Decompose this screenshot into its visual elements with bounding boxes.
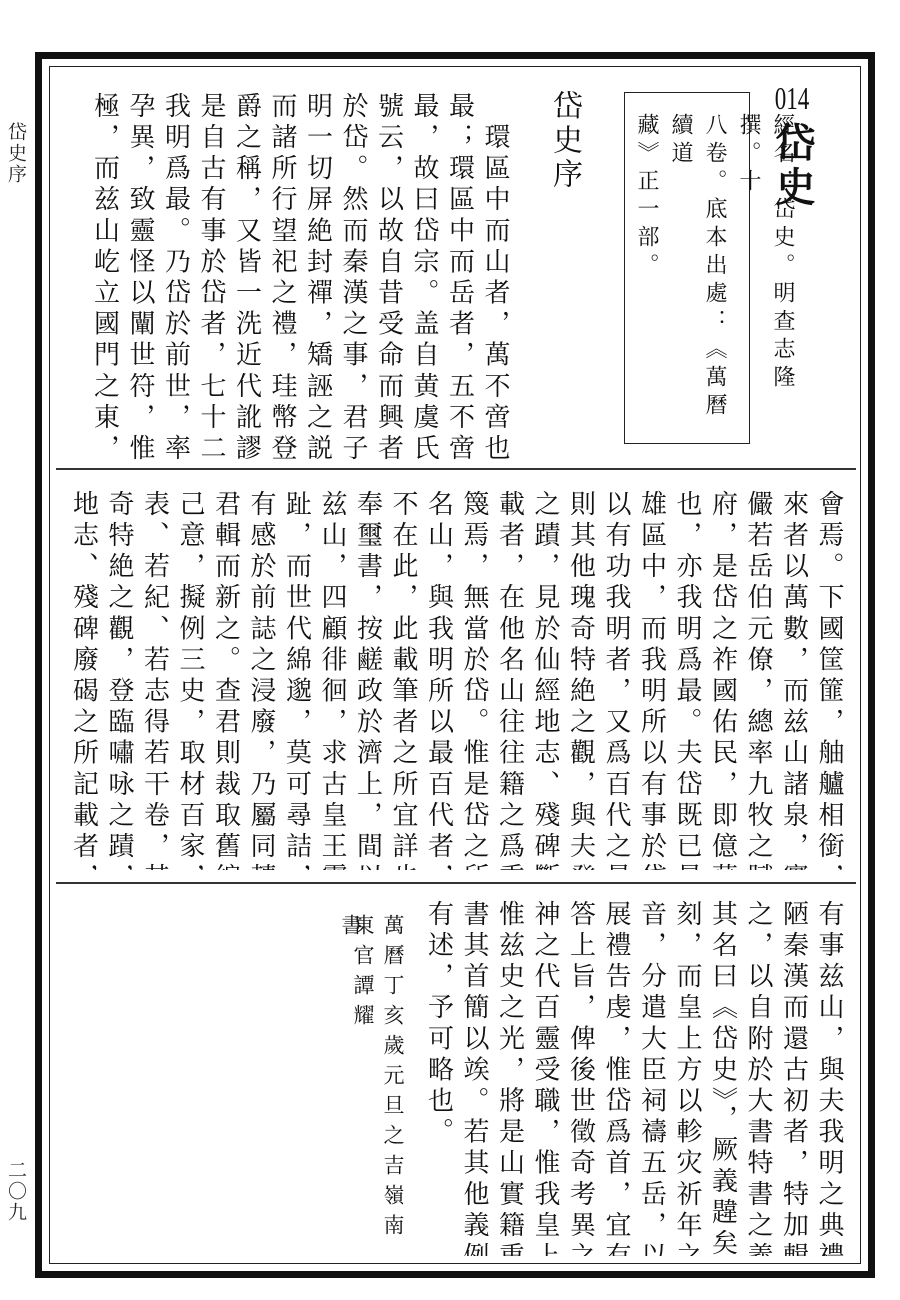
text-column: 極，而兹山屹立國門之東，汶、濟之水	[86, 92, 122, 464]
band-middle: 會焉。下國筐篚，舳艫相銜，際天地而 來者以萬數，而兹山諸泉，實委輸之， 儼若岳伯…	[60, 470, 852, 882]
text-column: 有事兹山，與夫我明之典禮名數，所以	[811, 900, 847, 1256]
running-title: 岱史序	[4, 122, 28, 185]
text-column: 儼若岳伯元僚，總率九牧之賦以歸天	[740, 490, 776, 870]
text-column: 於岱。然而秦漢之事，君子諱之，惟我	[335, 92, 371, 464]
text-column: 名山，與我明所以最百代者，盖在彼而	[420, 490, 456, 870]
preface-title: 岱史序	[542, 90, 586, 192]
text-column: 最；環區中而岳者，五不啻也，岱爲	[441, 92, 477, 464]
band-bottom: 有事兹山，與夫我明之典禮名數，所以 陋秦漢而還古初者，特加輯録，而例别 之，以自…	[60, 884, 852, 1262]
text-column: 惟兹史之光，將是山實籍重焉。敬爲	[491, 900, 527, 1256]
text-columns-band2: 會焉。下國筐篚，舳艫相銜，際天地而 來者以萬數，而兹山諸泉，實委輸之， 儼若岳伯…	[65, 490, 846, 870]
text-column: 也，亦我明爲最。夫岱既已最五岳而	[669, 490, 705, 870]
text-column: 之蹟，見於仙經地志、殘碑斷碣之所記	[527, 490, 563, 870]
text-column: 我明爲最。乃岱於前世，率不過吐奇	[157, 92, 193, 464]
text-column: 陋秦漢而還古初者，特加輯録，而例别	[775, 900, 811, 1256]
text-column: 趾，而世代綿邈，莫可尋詰，則慨焉。	[278, 490, 314, 870]
text-column: 音，分遣大臣祠禱五岳，以徼福元元，	[633, 900, 669, 1256]
text-column: 神之代百靈受職，惟我皇上最焉，則豈	[527, 900, 563, 1256]
text-column: 刻，而皇上方以軫灾祈年之故，特下德	[669, 900, 705, 1256]
text-columns-band1: 環區中而山者，萬不啻也，岳爲 最；環區中而岳者，五不啻也，岱爲 最，故曰岱宗。盖…	[86, 92, 512, 464]
text-column: 而諸所行望祀之禮，珪幣登祝之數，名	[264, 92, 300, 464]
text-column: 孕異，致靈怪以闡世符，惟我明建樞北	[122, 92, 158, 464]
text-columns-band3: 有事兹山，與夫我明之典禮名數，所以 陋秦漢而還古初者，特加輯録，而例别 之，以自…	[420, 900, 846, 1256]
text-column: 爵之稱，又皆一洗近代訛謬而還古初。	[228, 92, 264, 464]
text-column: 展禮告虔，惟岱爲首，宜有禎祥符應以	[598, 900, 634, 1256]
text-column: 奇特絶之觀，登臨嘯咏之蹟，見於仙經	[101, 490, 137, 870]
text-column: 明一切屏絶封禪，矯誣之説，寘弗道，	[299, 92, 335, 464]
signature-line: 萬曆丁亥歲元旦之吉嶺南東官譚耀	[348, 914, 408, 1254]
text-column: 來者以萬數，而兹山諸泉，實委輸之，	[775, 490, 811, 870]
signature-line: 書	[336, 914, 366, 944]
band-top: 014 岱史 經名：岱史。明查志隆撰。十 八卷。底本出處：《萬曆續道 藏》正一部…	[60, 66, 852, 468]
text-column: 不在此，此載筆者之所宜詳也。予往	[385, 490, 421, 870]
entry-number: 014	[775, 80, 810, 116]
text-column: 府，是岱之祚國佑民，即億萬年不啻	[704, 490, 740, 870]
scripture-info-box: 經名：岱史。明查志隆撰。十 八卷。底本出處：《萬曆續道 藏》正一部。	[624, 92, 750, 444]
text-column: 己意，擬例三史，取材百家，凡爲考若	[172, 490, 208, 870]
text-column: 篾焉，無當於岱。惟是岱之所以最他	[456, 490, 492, 870]
text-column: 有感於前誌之浸廢，乃屬同轉運使查	[243, 490, 279, 870]
text-column: 以有功我明者，又爲百代之最。如此	[598, 490, 634, 870]
text-column: 之，以自附於大書特書之義，於是遂更	[740, 900, 776, 1256]
text-column: 地志、殘碑廢碣之所記載者，固已掇拾	[65, 490, 101, 870]
text-column: 是自古有事於岱者，七十二君不啻也，	[193, 92, 229, 464]
info-line: 藏》正一部。	[629, 113, 663, 443]
text-column: 會焉。下國筐篚，舳艫相銜，際天地而	[811, 490, 847, 870]
text-column: 表、若紀、若志得若干卷，其於所稱瓌	[136, 490, 172, 870]
text-column: 最，故曰岱宗。盖自黄虞氏而下靡異	[406, 92, 442, 464]
info-line: 經名：岱史。明查志隆撰。十	[731, 113, 799, 443]
text-column: 書其首簡以竢。若其他義例，查君自	[456, 900, 492, 1256]
page-number: 二〇九	[4, 1160, 28, 1223]
text-column: 有述，予可略也。	[420, 900, 456, 1256]
info-line: 八卷。底本出處：《萬曆續道	[663, 113, 731, 443]
text-column: 奉璽書，按鹺政於濟上，間以職事一登	[349, 490, 385, 870]
text-column: 君輯而新之。查君則裁取舊編，斷以	[207, 490, 243, 870]
text-column: 兹山，四顧徘徊，求古皇王靈聖之遺	[314, 490, 350, 870]
text-column: 則其他瑰奇特絶之觀，與夫登臨嘯咏	[562, 490, 598, 870]
text-column: 載者，在他名山往往籍之爲重，而要皆	[491, 490, 527, 870]
text-column: 號云，以故自昔受命而興者，靡不有事	[370, 92, 406, 464]
text-column: 環區中而山者，萬不啻也，岳爲	[477, 92, 513, 464]
text-column: 其名曰《岱史》，厥義韙矣。兹史甫就	[704, 900, 740, 1256]
text-column: 答上旨，俾後世徵奇考異之士見謂聖	[562, 900, 598, 1256]
text-column: 雄區中，而我明所以有事於岱，與其所	[633, 490, 669, 870]
